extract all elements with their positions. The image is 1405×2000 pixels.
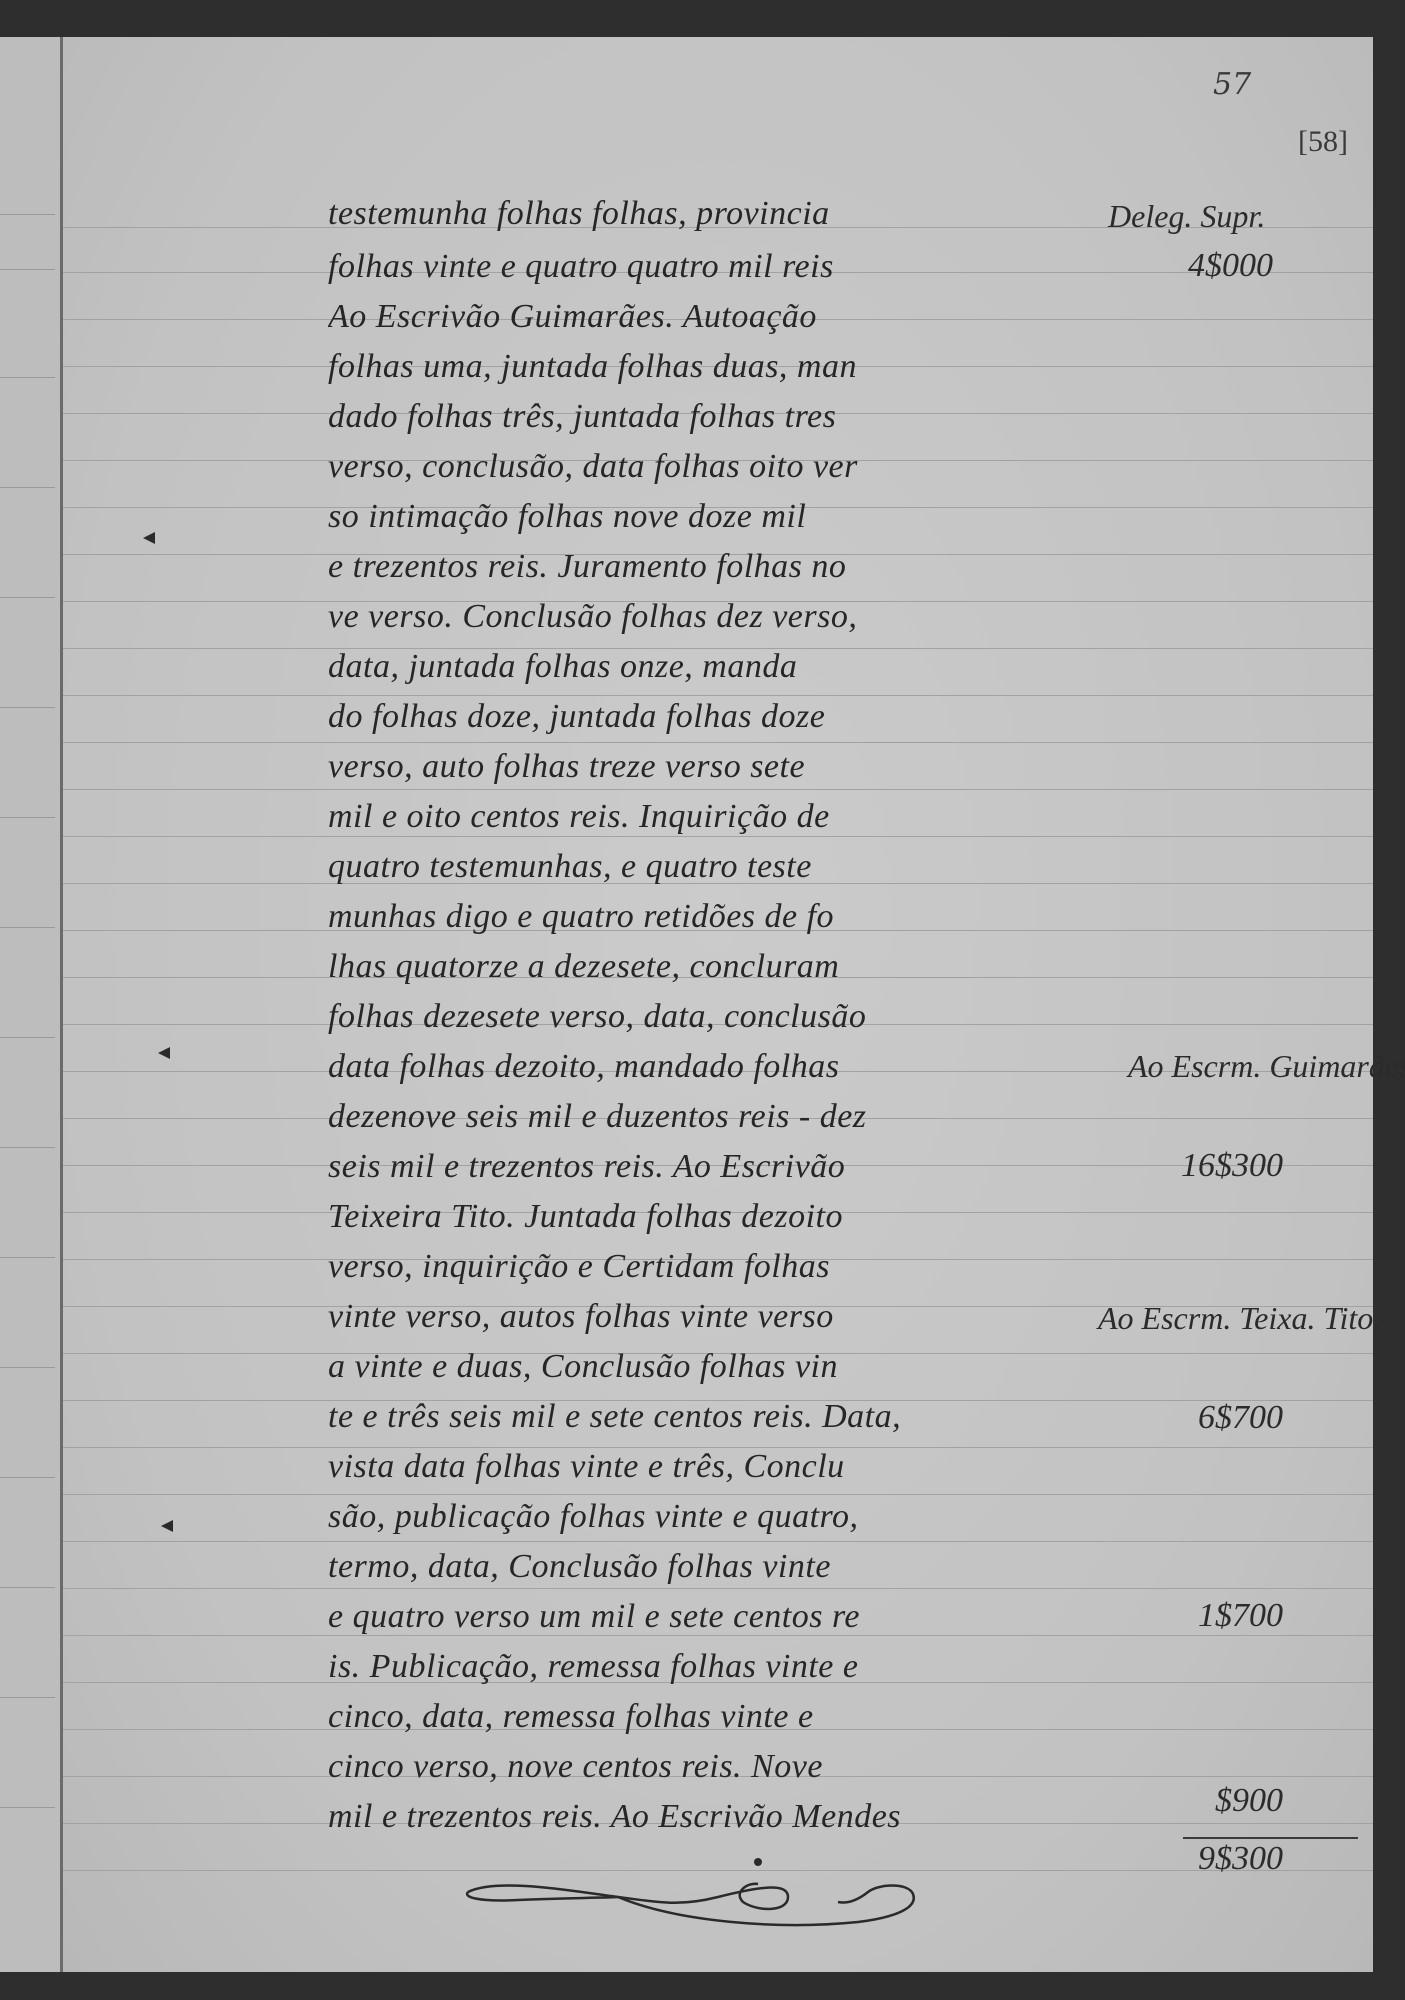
text-line: do folhas doze, juntada folhas doze — [328, 697, 1158, 737]
text-line: lhas quatorze a dezesete, concluram — [328, 947, 1158, 987]
text-line: verso, conclusão, data folhas oito ver — [328, 447, 1158, 487]
margin-mark-icon — [143, 532, 155, 544]
text-line: mil e oito centos reis. Inquirição de — [328, 797, 1158, 837]
folio-number-handwritten: 57 — [1213, 67, 1251, 102]
sum-underline — [1183, 1837, 1358, 1839]
margin-mark-icon — [158, 1047, 170, 1059]
margin-amount: 6$700 — [1083, 1399, 1283, 1437]
text-line: vinte verso, autos folhas vinte verso — [328, 1297, 1158, 1337]
text-line: data, juntada folhas onze, manda — [328, 647, 1158, 687]
text-line: dezenove seis mil e duzentos reis - dez — [328, 1097, 1158, 1137]
text-line: a vinte e duas, Conclusão folhas vin — [328, 1347, 1158, 1387]
text-line: mil e trezentos reis. Ao Escrivão Mendes — [328, 1797, 1158, 1837]
margin-payee-label: Ao Escrm. Teixa. Tito. — [1098, 1299, 1381, 1337]
text-line: seis mil e trezentos reis. Ao Escrivão — [328, 1147, 1158, 1187]
total-amount: 9$300 — [1083, 1840, 1283, 1878]
text-line: Ao Escrivão Guimarães. Autoação — [328, 297, 1158, 337]
folio-number-stamped: [58] — [1298, 125, 1348, 159]
text-line: verso, auto folhas treze verso sete — [328, 747, 1158, 787]
facing-page-edge — [0, 37, 65, 1972]
text-line: dado folhas três, juntada folhas tres — [328, 397, 1158, 437]
text-line: data folhas dezoito, mandado folhas — [328, 1047, 1158, 1087]
text-line: cinco verso, nove centos reis. Nove — [328, 1747, 1158, 1787]
text-line: termo, data, Conclusão folhas vinte — [328, 1547, 1158, 1587]
margin-payee-label: Ao Escrm. Guimarães. — [1128, 1047, 1405, 1085]
manuscript-page: 57 [58] testemunha folhas folhas, provin… — [63, 37, 1373, 1972]
text-line: Teixeira Tito. Juntada folhas dezoito — [328, 1197, 1158, 1237]
margin-amount: 4$000 — [1073, 247, 1273, 285]
text-line: quatro testemunhas, e quatro teste — [328, 847, 1158, 887]
margin-payee-label: Deleg. Supr. — [1108, 197, 1265, 235]
text-line: munhas digo e quatro retidões de fo — [328, 897, 1158, 937]
text-line: so intimação folhas nove doze mil — [328, 497, 1158, 537]
text-line: ve verso. Conclusão folhas dez verso, — [328, 597, 1158, 637]
margin-amount: 1$700 — [1083, 1597, 1283, 1635]
closing-flourish-icon — [458, 1852, 928, 1952]
text-line: is. Publicação, remessa folhas vinte e — [328, 1647, 1158, 1687]
margin-amount: $900 — [1083, 1782, 1283, 1820]
text-line: verso, inquirição e Certidam folhas — [328, 1247, 1158, 1287]
text-line: folhas dezesete verso, data, conclusão — [328, 997, 1158, 1037]
text-line: e trezentos reis. Juramento folhas no — [328, 547, 1158, 587]
margin-mark-icon — [161, 1520, 173, 1532]
text-line: são, publicação folhas vinte e quatro, — [328, 1497, 1158, 1537]
text-line: e quatro verso um mil e sete centos re — [328, 1597, 1158, 1637]
text-line: vista data folhas vinte e três, Conclu — [328, 1447, 1158, 1487]
text-line: folhas uma, juntada folhas duas, man — [328, 347, 1158, 387]
text-line: folhas vinte e quatro quatro mil reis — [328, 247, 1158, 287]
text-line: testemunha folhas folhas, provincia — [328, 194, 1158, 234]
text-line: te e três seis mil e sete centos reis. D… — [328, 1397, 1158, 1437]
text-line: cinco, data, remessa folhas vinte e — [328, 1697, 1158, 1737]
margin-amount: 16$300 — [1083, 1147, 1283, 1185]
